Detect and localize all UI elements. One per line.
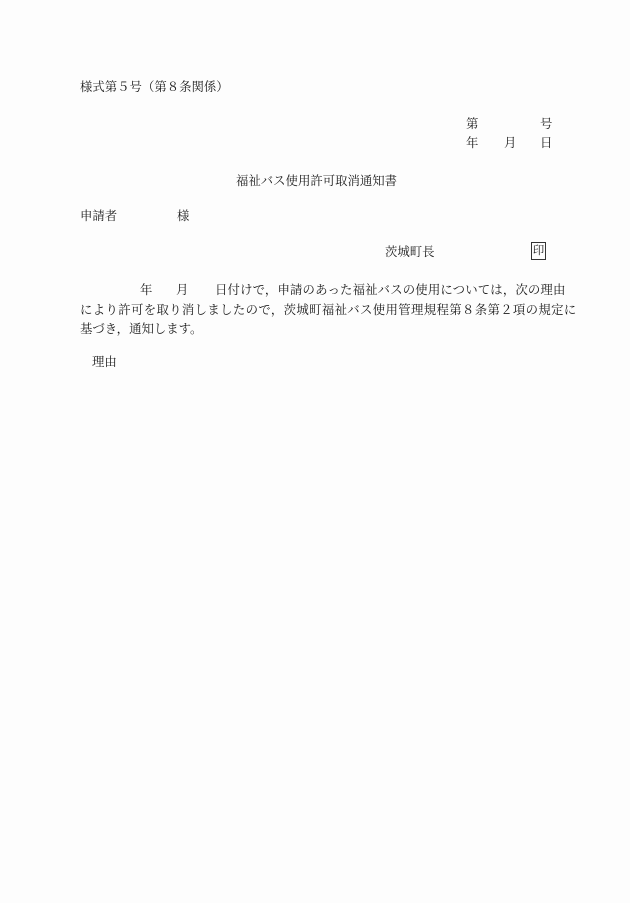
document-title: 福祉バス使用許可取消通知書 <box>236 175 397 187</box>
body-date-month: 月 <box>176 280 188 300</box>
date-year-label: 年 <box>466 137 478 149</box>
document-number-suffix: 号 <box>540 118 552 130</box>
body-line-1: 年 月 日付けで，申請のあった福祉バスの使用については，次の理由 <box>80 280 555 300</box>
date-month-label: 月 <box>504 137 516 149</box>
reason-label: 理由 <box>92 356 117 368</box>
issuer-name: 茨城町長 <box>385 246 435 258</box>
body-line-1-text: 日付けで，申請のあった福祉バスの使用については，次の理由 <box>215 280 566 300</box>
body-line-2: により許可を取り消しましたので，茨城町福祉バス使用管理規程第８条第２項の規定に <box>80 300 555 320</box>
seal-stamp-icon: 印 <box>531 242 546 260</box>
seal-text: 印 <box>533 245 545 257</box>
form-number-label: 様式第５号（第８条関係） <box>80 81 229 93</box>
body-line-3: 基づき，通知します。 <box>80 319 555 339</box>
applicant-honorific: 様 <box>177 210 189 222</box>
body-date-year: 年 <box>140 280 152 300</box>
document-number-prefix: 第 <box>466 118 478 130</box>
date-day-label: 日 <box>540 137 552 149</box>
notification-body: 年 月 日付けで，申請のあった福祉バスの使用については，次の理由 により許可を取… <box>80 280 555 339</box>
applicant-label: 申請者 <box>80 210 117 222</box>
